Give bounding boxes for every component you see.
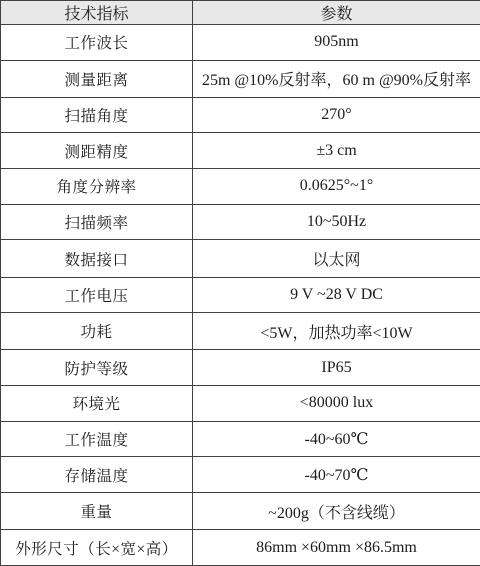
spec-label: 工作波长 — [1, 25, 193, 61]
spec-label: 测距精度 — [1, 133, 193, 169]
header-cell-parameter: 参数 — [193, 1, 480, 25]
spec-label: 角度分辨率 — [1, 169, 193, 205]
spec-value: ±3 cm — [193, 133, 480, 169]
spec-label: 工作温度 — [1, 421, 193, 457]
spec-label: 功耗 — [1, 313, 193, 350]
table-row: 工作电压 9 V ~28 V DC — [1, 277, 480, 313]
spec-value: <5W，加热功率<10W — [193, 313, 480, 350]
spec-value: <80000 lux — [193, 386, 480, 422]
table-row: 测距精度 ±3 cm — [1, 133, 480, 169]
spec-label: 外形尺寸（长×宽×高） — [1, 530, 193, 566]
spec-label: 工作电压 — [1, 277, 193, 313]
spec-value: 25m @10%反射率，60 m @90%反射率 — [193, 60, 480, 97]
spec-label: 重量 — [1, 493, 193, 530]
spec-table: 技术指标 参数 工作波长 905nm 测量距离 25m @10%反射率，60 m… — [0, 0, 480, 566]
table-row: 角度分辨率 0.0625°~1° — [1, 169, 480, 205]
spec-label: 扫描角度 — [1, 97, 193, 133]
table-row: 外形尺寸（长×宽×高） 86mm ×60mm ×86.5mm — [1, 530, 480, 566]
spec-label: 测量距离 — [1, 60, 193, 97]
table-row: 存储温度 -40~70℃ — [1, 457, 480, 493]
spec-value: -40~70℃ — [193, 457, 480, 493]
spec-value: 270° — [193, 97, 480, 133]
table-row: 防护等级 IP65 — [1, 350, 480, 386]
table-row: 工作温度 -40~60℃ — [1, 421, 480, 457]
spec-value: 905nm — [193, 25, 480, 61]
spec-label: 环境光 — [1, 386, 193, 422]
spec-value: IP65 — [193, 350, 480, 386]
spec-value: -40~60℃ — [193, 421, 480, 457]
table-row: 测量距离 25m @10%反射率，60 m @90%反射率 — [1, 60, 480, 97]
table-row: 环境光 <80000 lux — [1, 386, 480, 422]
spec-label: 扫描频率 — [1, 204, 193, 240]
spec-label: 数据接口 — [1, 240, 193, 277]
table-row: 扫描频率 10~50Hz — [1, 204, 480, 240]
spec-sheet-page: 技术指标 参数 工作波长 905nm 测量距离 25m @10%反射率，60 m… — [0, 0, 480, 566]
spec-value: 10~50Hz — [193, 204, 480, 240]
spec-label: 防护等级 — [1, 350, 193, 386]
spec-value: 86mm ×60mm ×86.5mm — [193, 530, 480, 566]
table-row: 扫描角度 270° — [1, 97, 480, 133]
spec-label: 存储温度 — [1, 457, 193, 493]
table-header-row: 技术指标 参数 — [1, 1, 480, 25]
spec-value: 0.0625°~1° — [193, 169, 480, 205]
header-cell-indicator: 技术指标 — [1, 1, 193, 25]
spec-value: 9 V ~28 V DC — [193, 277, 480, 313]
table-row: 功耗 <5W，加热功率<10W — [1, 313, 480, 350]
spec-value: 以太网 — [193, 240, 480, 277]
table-row: 数据接口 以太网 — [1, 240, 480, 277]
spec-value: ~200g（不含线缆） — [193, 493, 480, 530]
table-row: 工作波长 905nm — [1, 25, 480, 61]
table-row: 重量 ~200g（不含线缆） — [1, 493, 480, 530]
